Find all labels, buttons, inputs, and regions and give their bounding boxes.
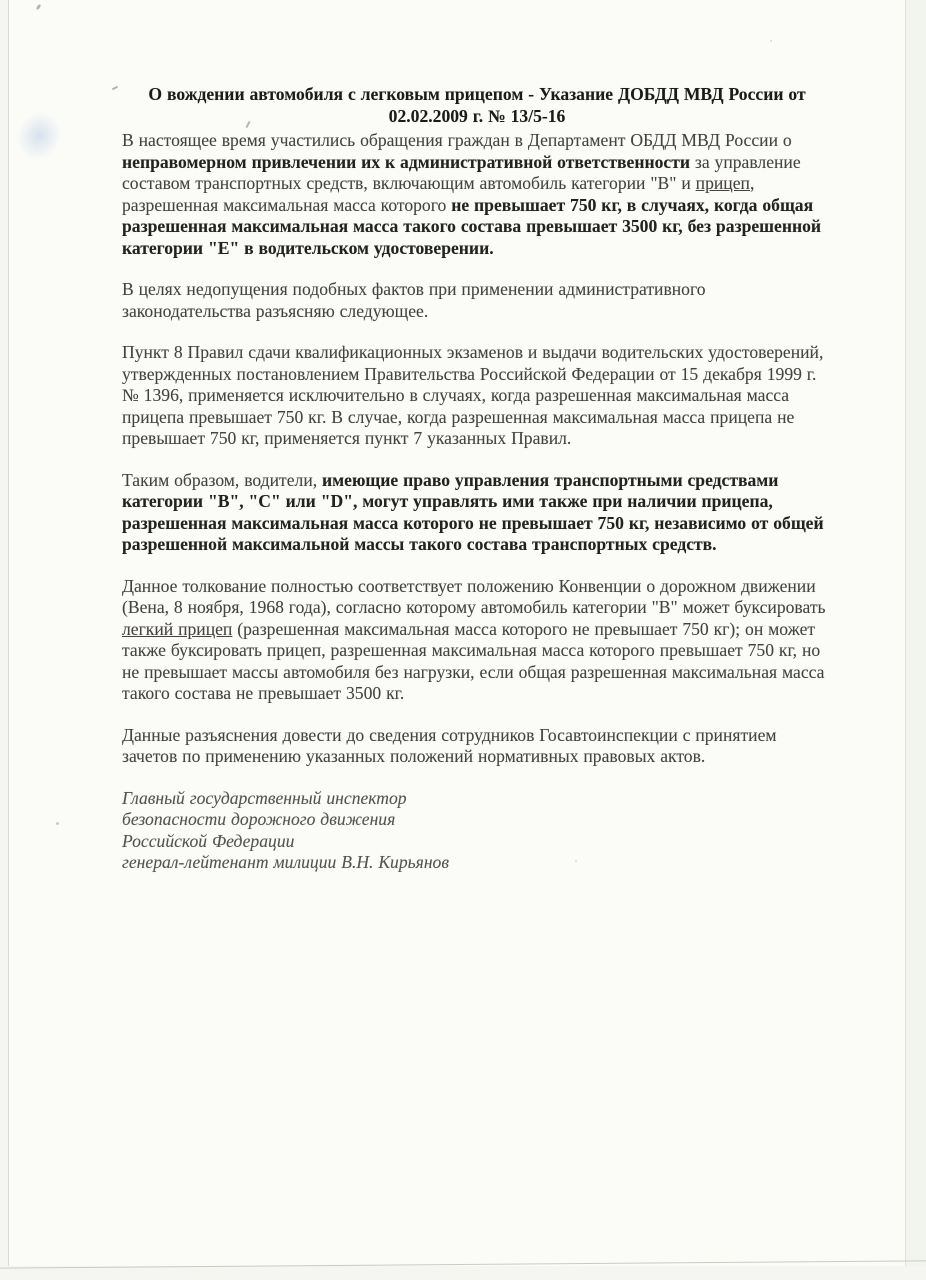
paragraph-purpose: В целях недопущения подобных фактов при … [122, 279, 832, 322]
paragraph-instruction: Данные разъяснения довести до сведения с… [122, 725, 832, 768]
signature-line: безопасности дорожного движения [122, 809, 832, 831]
scan-artifact [56, 822, 59, 825]
paragraph-intro: В настоящее время участились обращения г… [122, 130, 832, 259]
paper-bottom-edge-area [0, 1266, 926, 1280]
document-title-line-1: О вождении автомобиля с легковым прицепо… [122, 84, 832, 106]
signature-line: Главный государственный инспектор [122, 788, 832, 810]
paper-left-edge [0, 0, 9, 1280]
paragraph-rule-8: Пункт 8 Правил сдачи квалификационных эк… [122, 342, 832, 450]
paper-right-edge [905, 0, 926, 1280]
scanned-document-page: О вождении автомобиля с легковым прицепо… [0, 0, 926, 1280]
signature-block: Главный государственный инспектор безопа… [122, 788, 832, 874]
text-segment-underlined: легкий прицеп [122, 619, 232, 639]
text-segment: Таким образом, водители, [122, 470, 322, 490]
document-content: О вождении автомобиля с легковым прицепо… [122, 84, 832, 874]
paragraph-conclusion: Таким образом, водители, имеющие право у… [122, 470, 832, 556]
document-title-line-2: 02.02.2009 г. № 13/5-16 [122, 106, 832, 128]
text-segment-underlined: прицеп [696, 173, 750, 193]
scan-artifact [770, 40, 772, 42]
signature-line: Российской Федерации [122, 831, 832, 853]
text-segment: Данное толкование полностью соответствуе… [122, 576, 826, 618]
scan-artifact [36, 4, 42, 11]
scan-smudge [7, 103, 71, 170]
paragraph-convention: Данное толкование полностью соответствуе… [122, 576, 832, 705]
document-title: О вождении автомобиля с легковым прицепо… [122, 84, 832, 127]
signature-line: генерал-лейтенант милиции В.Н. Кирьянов [122, 852, 832, 874]
text-segment-bold: неправомерном привлечении их к администр… [122, 152, 690, 172]
scan-artifact [112, 86, 118, 91]
text-segment: В настоящее время участились обращения г… [122, 130, 792, 150]
